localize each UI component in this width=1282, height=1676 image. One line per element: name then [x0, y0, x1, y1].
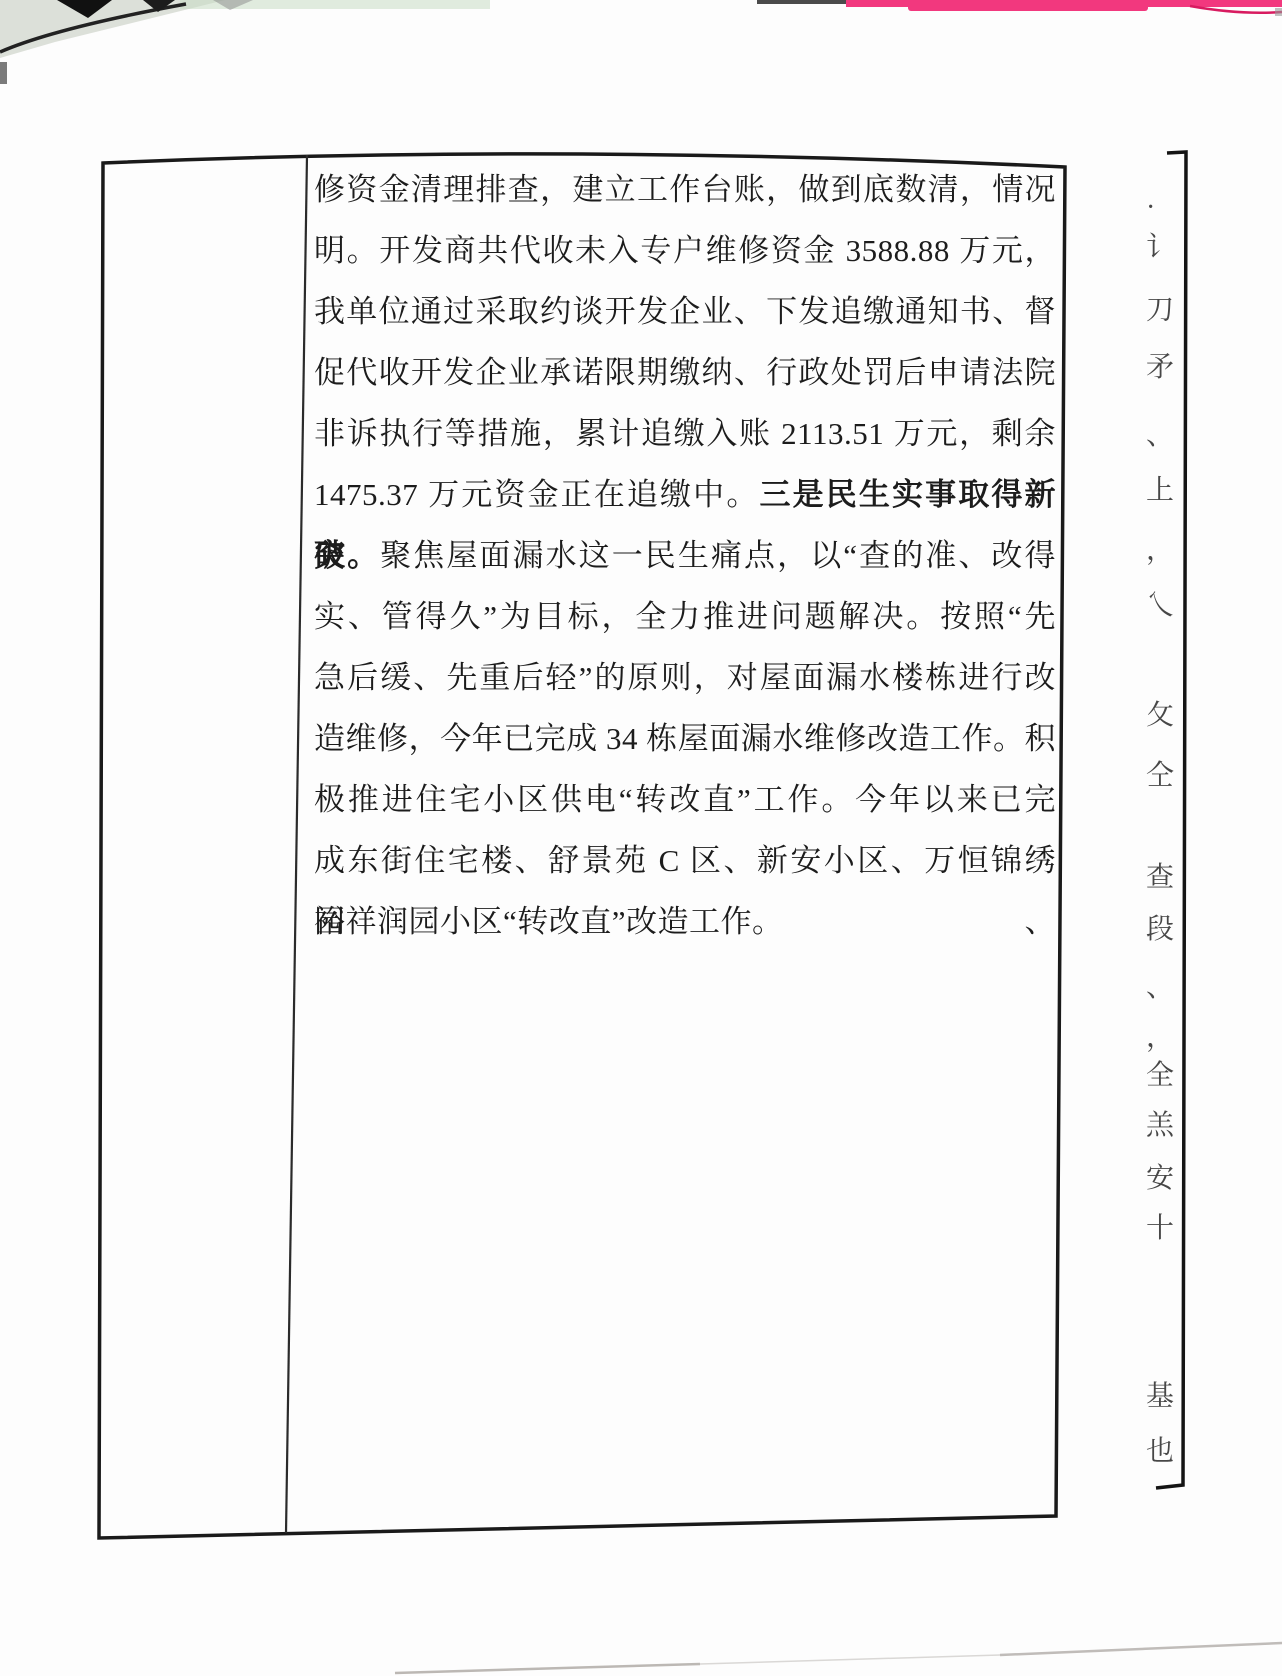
top-edge-dark-strip: [757, 0, 848, 4]
scan-smudge-mint: [180, 0, 490, 9]
scan-speck-top-right: [1275, 8, 1282, 16]
paragraph-line: 我单位通过采取约谈开发企业、下发追缴通知书、督: [314, 281, 1056, 342]
scan-mark-left-edge: [0, 62, 7, 84]
adjacent-page-glyph: 攵: [1146, 700, 1184, 732]
adjacent-page-glyph: 安: [1146, 1163, 1184, 1195]
text-run: 1475.37 万元资金正在追缴中。: [314, 477, 759, 512]
text-run: 明。开发商共代收未入专户维修资金 3588.88 万元，: [314, 233, 1056, 268]
text-run: 聚焦屋面漏水这一民生痛点，以“查的准、改得: [380, 538, 1056, 573]
adjacent-page-glyph: ，: [1146, 1022, 1184, 1054]
text-run: 修资金清理排查，建立工作台账，做到底数清，情况: [314, 172, 1056, 207]
paragraph-line: 修资金清理排查，建立工作台账，做到底数清，情况: [314, 159, 1056, 220]
paragraph-line: 极推进住宅小区供电“转改直”工作。今年以来已完: [314, 769, 1056, 830]
adjacent-page-glyph: 羔: [1146, 1110, 1184, 1142]
text-run: 我单位通过采取约谈开发企业、下发追缴通知书、督: [314, 294, 1056, 329]
text-run: 非诉执行等措施，累计追缴入账 2113.51 万元，剩余: [314, 416, 1056, 451]
scanned-document-page: 修资金清理排查，建立工作台账，做到底数清，情况明。开发商共代收未入专户维修资金 …: [0, 0, 1282, 1676]
text-run: 裕祥润园小区“转改直”改造工作。: [314, 904, 784, 939]
adjacent-page-glyph: 、: [1146, 420, 1184, 452]
table-left-cell: [106, 166, 302, 1526]
pink-strip-curved-edge: [1190, 6, 1282, 13]
paragraph-line: 明。开发商共代收未入专户维修资金 3588.88 万元，: [314, 220, 1056, 281]
bold-text-run: 破。: [314, 538, 380, 573]
paragraph-line: 成东街住宅楼、舒景苑 C 区、新安小区、万恒锦绣园、: [314, 830, 1056, 891]
adjacent-page-glyph: 十: [1146, 1213, 1184, 1245]
text-run: 促代收开发企业承诺限期缴纳、行政处罚后申请法院: [314, 355, 1056, 390]
paragraph-line: 破。聚焦屋面漏水这一民生痛点，以“查的准、改得: [314, 525, 1056, 586]
scan-mark-triangle-1: [57, 0, 112, 18]
adjacent-page-glyph: 刀: [1146, 295, 1184, 327]
adjacent-page-glyph: ，: [1146, 535, 1184, 567]
paragraph-line: 急后缓、先重后轻”的原则，对屋面漏水楼栋进行改: [314, 647, 1056, 708]
paragraph-line: 1475.37 万元资金正在追缴中。三是民生实事取得新突: [314, 464, 1056, 525]
table-text-cell: 修资金清理排查，建立工作台账，做到底数清，情况明。开发商共代收未入专户维修资金 …: [314, 159, 1056, 952]
adjacent-page-glyph: 矛: [1146, 352, 1184, 384]
paragraph-line: 促代收开发企业承诺限期缴纳、行政处罚后申请法院: [314, 342, 1056, 403]
adjacent-page-glyph: 讠: [1146, 232, 1184, 264]
scan-mark-triangle-2: [143, 0, 175, 12]
adjacent-page-glyph: ·: [1146, 192, 1184, 224]
adjacent-page-glyph: 基: [1146, 1381, 1184, 1413]
adjacent-page-glyph: 乀: [1146, 590, 1184, 622]
paragraph-line: 非诉执行等措施，累计追缴入账 2113.51 万元，剩余: [314, 403, 1056, 464]
adjacent-page-glyph: 也: [1146, 1436, 1184, 1468]
text-run: 急后缓、先重后轻”的原则，对屋面漏水楼栋进行改: [314, 660, 1056, 695]
text-run: 极推进住宅小区供电“转改直”工作。今年以来已完: [314, 782, 1056, 817]
scan-crease-curve: [0, 4, 186, 52]
bottom-scan-line-mid: [700, 1655, 1000, 1664]
pink-highlight-strip-thick: [908, 0, 1148, 11]
paragraph-line: 造维修，今年已完成 34 栋屋面漏水维修改造工作。积: [314, 708, 1056, 769]
text-run: 造维修，今年已完成 34 栋屋面漏水维修改造工作。积: [314, 721, 1056, 756]
adjacent-page-glyph: 上: [1146, 475, 1184, 507]
pink-highlight-strip: [846, 0, 1282, 7]
adjacent-page-glyph: 、: [1146, 972, 1184, 1004]
adjacent-page-glyph: 全: [1146, 1060, 1184, 1092]
adjacent-page-glyph: 仝: [1146, 760, 1184, 792]
scan-mark-triangle-3: [213, 0, 253, 10]
bottom-scan-line-right: [1000, 1643, 1282, 1655]
adjacent-page-glyph: 段: [1146, 914, 1184, 946]
adjacent-page-glyph: 查: [1146, 862, 1184, 894]
scan-smudge-gray-green: [0, 0, 225, 58]
text-run: 实、管得久”为目标，全力推进问题解决。按照“先: [314, 599, 1056, 634]
bottom-scan-line-left: [395, 1664, 700, 1673]
paragraph-line: 实、管得久”为目标，全力推进问题解决。按照“先: [314, 586, 1056, 647]
adjacent-page-fragment: ·讠刀矛、上，乀攵仝查段、，全羔安十基也: [1146, 0, 1184, 1676]
